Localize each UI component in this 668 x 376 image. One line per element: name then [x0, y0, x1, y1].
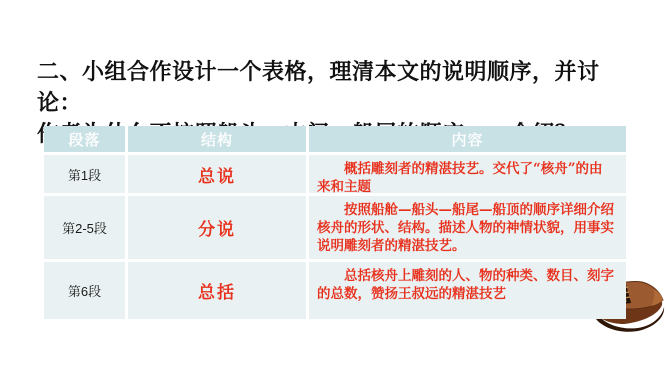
table-row-2-content: 按照船舱—船头—船尾—船顶的顺序详细介绍核舟的形状、结构。描述人物的神情状貌，用… — [309, 196, 626, 259]
summary-table: 段落 结构 内容 第1段 总说 概括雕刻者的精湛技艺。交代了“核舟”的由来和主题… — [44, 126, 626, 319]
table-row-1-structure: 总说 — [128, 155, 306, 193]
table-row-2-structure: 分说 — [128, 196, 306, 259]
table-row-2-paragraph: 第2-5段 — [44, 196, 125, 259]
table-header-structure: 结构 — [128, 126, 306, 152]
presentation-slide: 二、小组合作设计一个表格，理清本文的说明顺序，并讨论： 作者为什么不按照船头、中… — [0, 0, 668, 376]
table-row-3-paragraph: 第6段 — [44, 262, 125, 319]
table-row-1-paragraph: 第1段 — [44, 155, 125, 193]
table-row-3-structure: 总括 — [128, 262, 306, 319]
table-header-paragraph: 段落 — [44, 126, 125, 152]
table-row-3-content: 总括核舟上雕刻的人、物的种类、数目、刻字的总数，赞扬王叔远的精湛技艺 — [309, 262, 626, 319]
table-header-content: 内容 — [309, 126, 626, 152]
slide-title-line-1: 二、小组合作设计一个表格，理清本文的说明顺序，并讨论： — [37, 56, 643, 118]
table-row-1-content: 概括雕刻者的精湛技艺。交代了“核舟”的由来和主题 — [309, 155, 626, 193]
